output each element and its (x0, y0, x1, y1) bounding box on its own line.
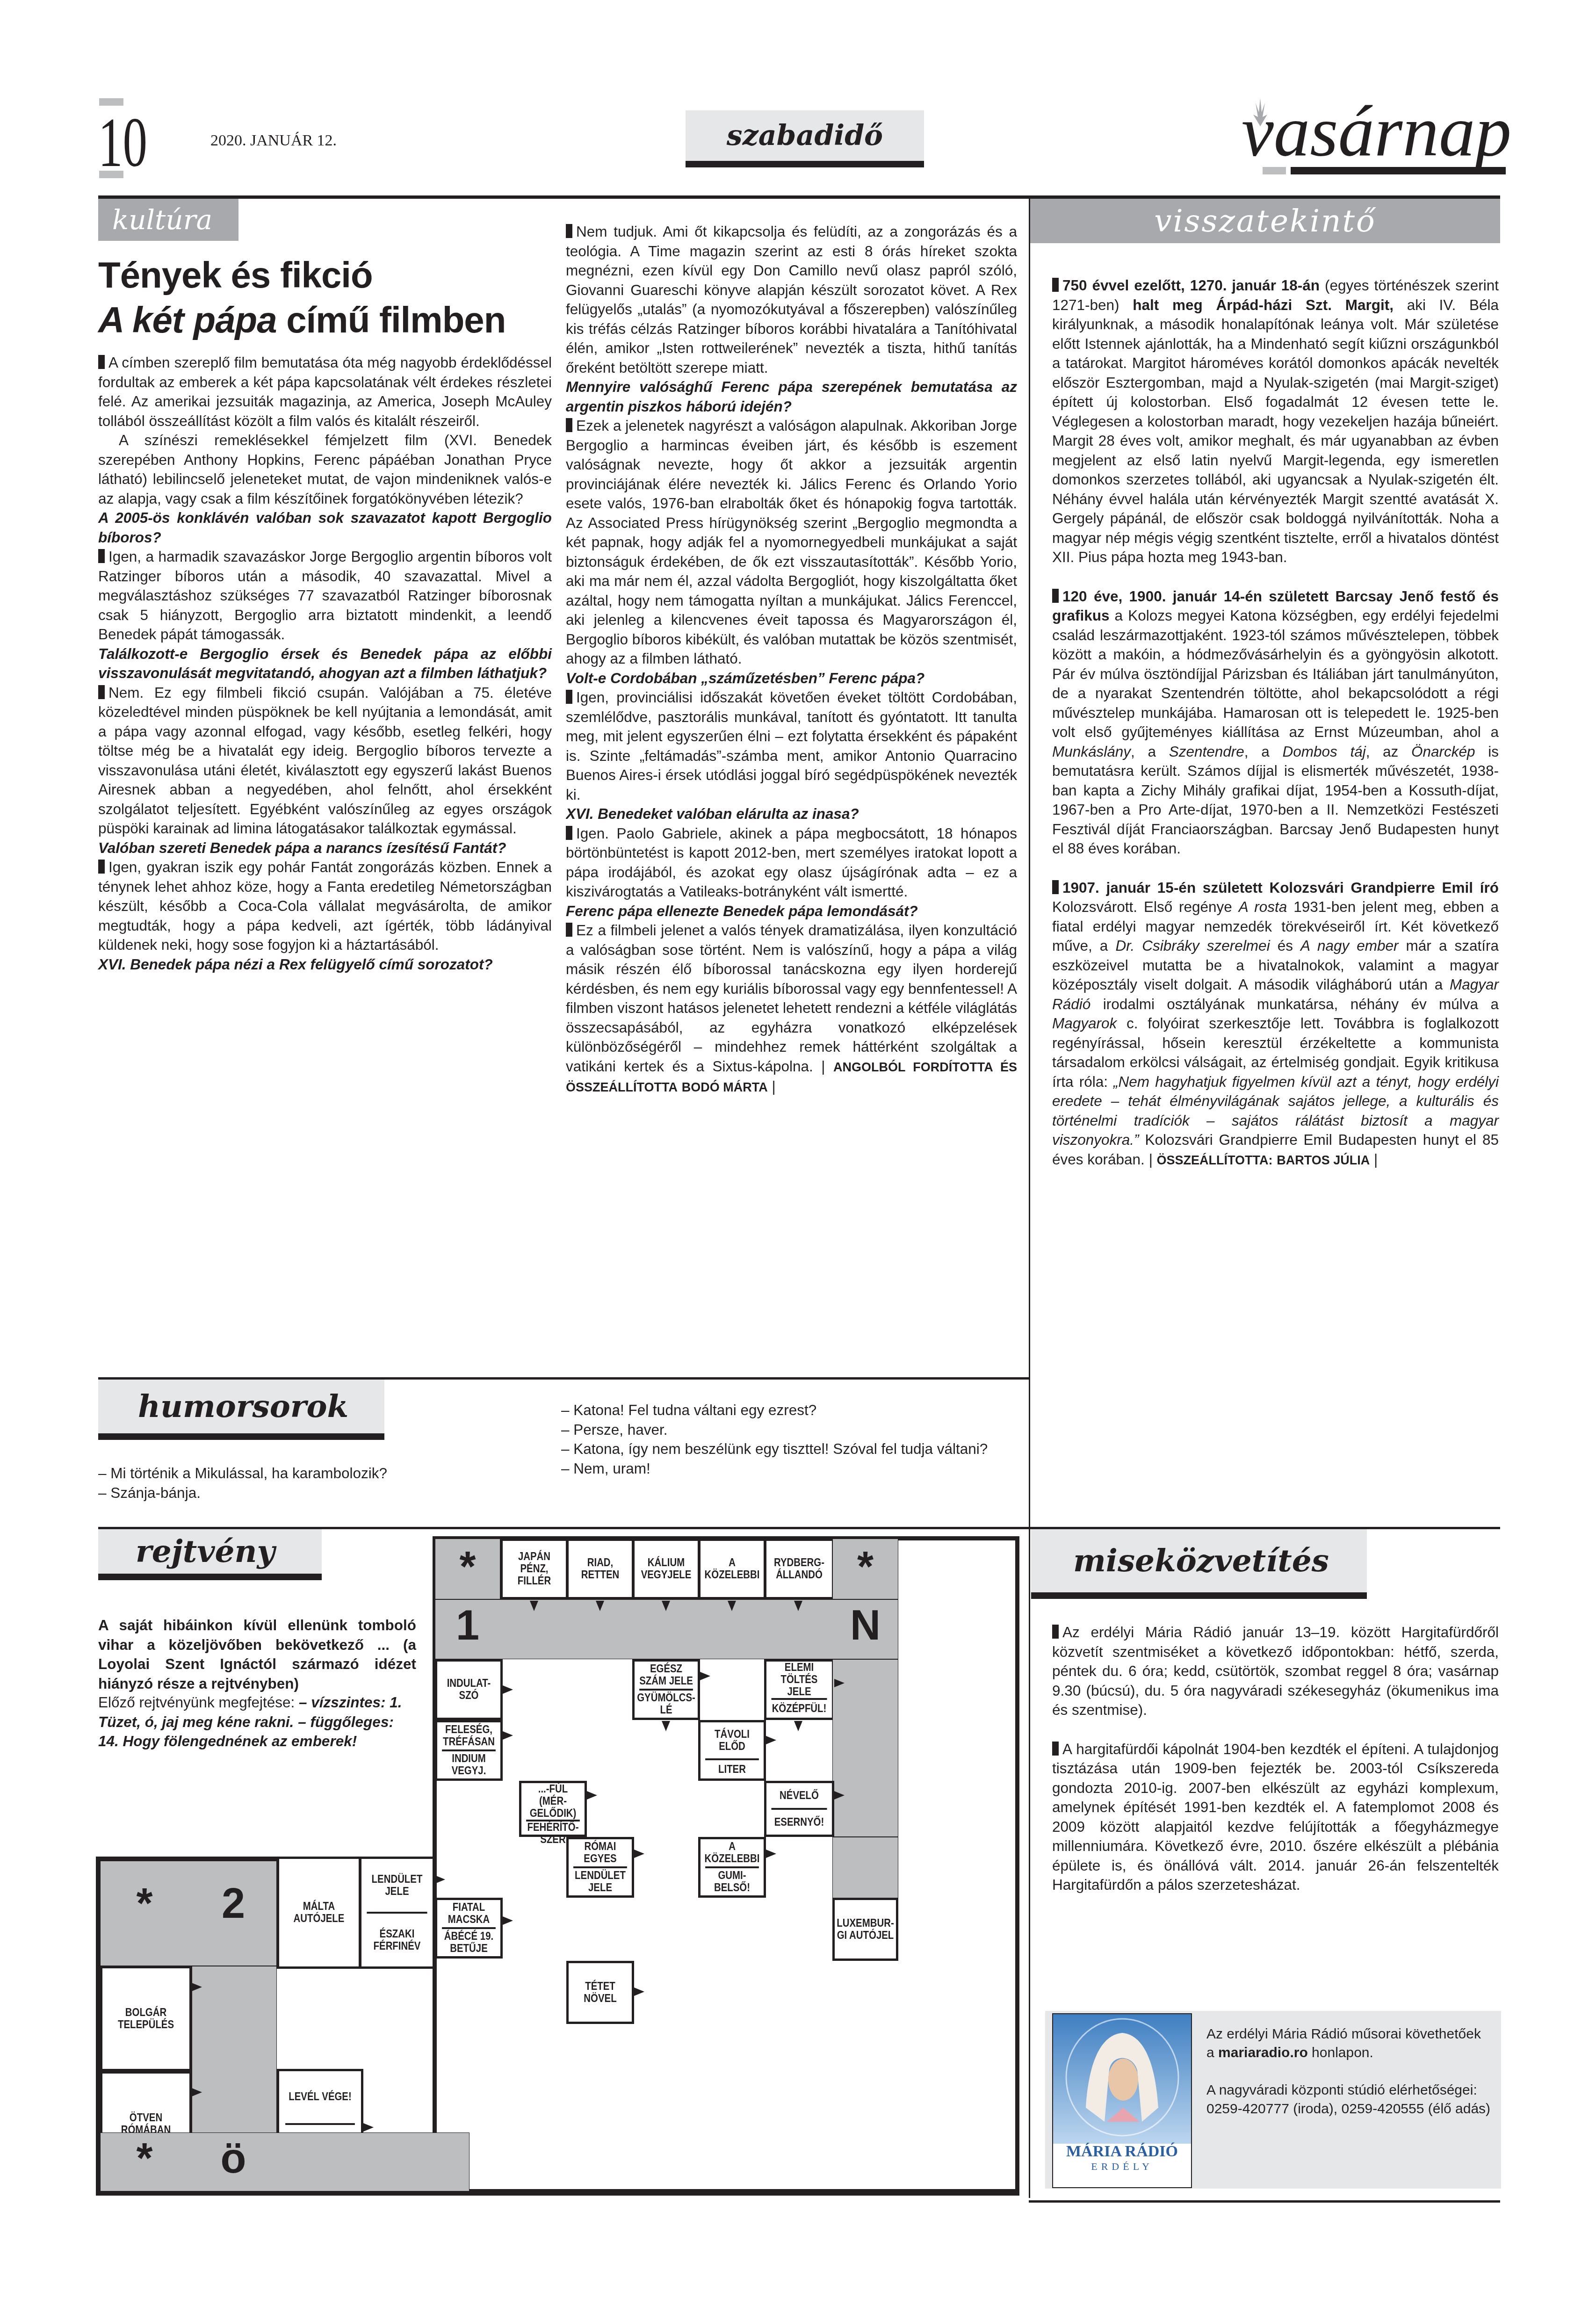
question: Ferenc pápa ellenezte Benedek pápa lemon… (566, 902, 1017, 921)
madonna-icon (1053, 2014, 1191, 2140)
arrow-right-icon (363, 2123, 374, 2132)
arrow-right-icon (634, 1850, 644, 1858)
brand-bar-square (1263, 167, 1286, 174)
crossword-clue: MÁLTA AUTÓJELE (277, 1857, 361, 1969)
crossword-clue: EGÉSZ SZÁM JELEGYÜMÖLCS-LÉ (632, 1659, 700, 1720)
arrow-down-icon (728, 1601, 736, 1611)
question: XVI. Benedeket valóban elárulta az inasa… (566, 804, 1017, 824)
row-number: 2 (189, 1880, 278, 1928)
byline-author: BODÓ MÁRTA (682, 1080, 768, 1094)
arrow-right-icon (634, 1988, 644, 1996)
article-title: Tények és fikció A két pápa című filmben (98, 253, 547, 342)
paragraph-marker (566, 923, 572, 937)
arrow-down-icon (794, 1721, 802, 1731)
issue-date: 2020. JANUÁR 12. (210, 132, 337, 150)
crossword-clue: A KÖZELEBBI (698, 1539, 766, 1599)
arrow-right-icon (503, 1731, 513, 1740)
question: XVI. Benedek pápa nézi a Rex felügyelő c… (98, 955, 552, 975)
star-marker: * (435, 1543, 500, 1591)
arrow-down-icon (794, 1601, 802, 1611)
brand-bar (1291, 167, 1506, 174)
crossword-clue: RYDBERG-ÁLLANDÓ (764, 1539, 834, 1599)
rubric-kultura: kultúra (98, 199, 238, 241)
article-column-2: Nem tudjuk. Ami őt kikapcsolja és felüdí… (566, 222, 1017, 1330)
paragraph-marker (566, 826, 572, 840)
page-number: 10 (98, 108, 147, 178)
crossword-clue: LENDÜLET JELEÉSZAKI FÉRFINÉV (359, 1857, 435, 1969)
column-divider (1029, 199, 1030, 1583)
history-column: 750 évvel ezelőtt, 1270. január 18-án (e… (1052, 276, 1499, 1170)
question: Találkozott-e Bergoglio érsek és Benedek… (98, 644, 552, 683)
row-number: 1 (435, 1602, 500, 1650)
website-link[interactable]: mariaradio.ro (1218, 2045, 1308, 2060)
arrow-right-icon (834, 1791, 845, 1800)
star-marker: * (100, 1880, 189, 1928)
crossword-clue: RIAD, RETTEN (566, 1539, 634, 1599)
paragraph-marker (1052, 1625, 1059, 1639)
crossword-clue: BOLGÁR TELEPÜLÉS (100, 1966, 192, 2071)
star-marker: * (100, 2135, 189, 2183)
page-number-bar (99, 171, 123, 178)
crossword-clue: INDULAT-SZÓ (435, 1659, 503, 1720)
joke-1: – Mi történik a Mikulással, ha karambolo… (98, 1464, 519, 1503)
paragraph-marker (98, 860, 105, 874)
arrow-right-icon (834, 1679, 845, 1687)
paragraph-marker (1052, 278, 1059, 292)
crossword-clue: ELEMI TÖLTÉS JELEKÖZÉPFÜL! (764, 1659, 834, 1720)
maria-radio-logo: MÁRIA RÁDIÓ ERDÉLY (1052, 2013, 1192, 2188)
arrow-right-icon (503, 1916, 513, 1925)
bottom-rule (1029, 2200, 1500, 2203)
paragraph-marker (1052, 1742, 1059, 1756)
crossword-clue: A KÖZELEBBIGUMI-BELSŐ! (698, 1837, 766, 1898)
arrow-right-icon (766, 1850, 776, 1858)
radio-info-text: Az erdélyi Mária Rádió műsorai követhető… (1206, 2025, 1492, 2118)
top-rule (98, 195, 1500, 199)
byline-author: BARTOS JÚLIA (1277, 1153, 1370, 1167)
section-label: szabadidő (686, 110, 924, 167)
paragraph-marker (1052, 880, 1059, 894)
question: Volt-e Cordobában „száműzetésben” Ferenc… (566, 669, 1017, 688)
crossword-clue: FELESÉG, TRÉFÁSANINDIUM VEGYJ. (435, 1720, 503, 1781)
crossword-clue: TÁVOLI ELŐDLITER (698, 1720, 766, 1781)
arrow-down-icon (662, 1721, 670, 1731)
crossword-clue: LUXEMBUR-GI AUTÓJEL (832, 1898, 898, 1961)
crossword-clue: FIATAL MACSKAÁBÉCÉ 19. BETŰJE (435, 1898, 503, 1959)
rubric-misekozvetites: miseközvetítés (1031, 1529, 1367, 1599)
arrow-right-icon (700, 1672, 710, 1680)
paragraph-marker (98, 685, 105, 699)
question: A 2005-ös konklávén valóban sok szavazat… (98, 508, 552, 547)
crossword-clue: ...-FÚL (MÉR-GELŐDIK)FEHÉRÍTŐ-SZER (519, 1781, 587, 1837)
question: Mennyire valósághű Ferenc pápa szerepéne… (566, 377, 1017, 416)
brand-logo: vasárnap (1242, 96, 1511, 166)
arrow-right-icon (587, 1791, 597, 1800)
article-column-1: A címben szereplő film bemutatása óta mé… (98, 353, 552, 974)
arrow-right-icon (503, 1685, 513, 1694)
joke-2: – Katona! Fel tudna váltani egy ezrest? … (561, 1401, 1010, 1478)
rubric-humorsorok: humorsorok (98, 1380, 384, 1440)
row-letter: N (832, 1602, 898, 1650)
paragraph-marker (566, 690, 572, 704)
arrow-down-icon (530, 1601, 538, 1611)
arrow-right-icon (435, 1875, 445, 1884)
crossword-clue: RÓMAI EGYESLENDÜLET JELE (566, 1837, 634, 1898)
paragraph-marker (566, 224, 572, 238)
byline-prefix: ÖSSZEÁLLÍTOTTA: (1157, 1153, 1273, 1167)
arrow-down-icon (596, 1601, 604, 1611)
crossword-clue: NÉVELŐESERNYŐ! (764, 1781, 834, 1837)
mass-broadcast-text: Az erdélyi Mária Rádió január 13–19. köz… (1052, 1623, 1499, 1895)
crossword-clue: JAPÁN PÉNZ, FILLÉR (500, 1539, 568, 1599)
arrow-right-icon (192, 2088, 202, 2096)
paragraph-marker (1052, 589, 1059, 603)
crossword-clue: KÁLIUM VEGYJELE (632, 1539, 700, 1599)
paragraph-marker (98, 355, 105, 369)
star-marker: * (832, 1543, 898, 1591)
crossword-clue: TÉTET NÖVEL (566, 1961, 634, 2024)
rubric-visszatekinto: visszatekintő (1030, 199, 1500, 243)
column-divider (1029, 1529, 1030, 2198)
paragraph-marker (566, 418, 572, 432)
row-letter: ö (189, 2135, 278, 2183)
paragraph-marker (98, 549, 105, 563)
question: Valóban szereti Benedek pápa a narancs í… (98, 838, 552, 858)
arrow-down-icon (662, 1601, 670, 1611)
arrow-right-icon (192, 1983, 202, 1991)
arrow-right-icon (766, 1736, 776, 1744)
